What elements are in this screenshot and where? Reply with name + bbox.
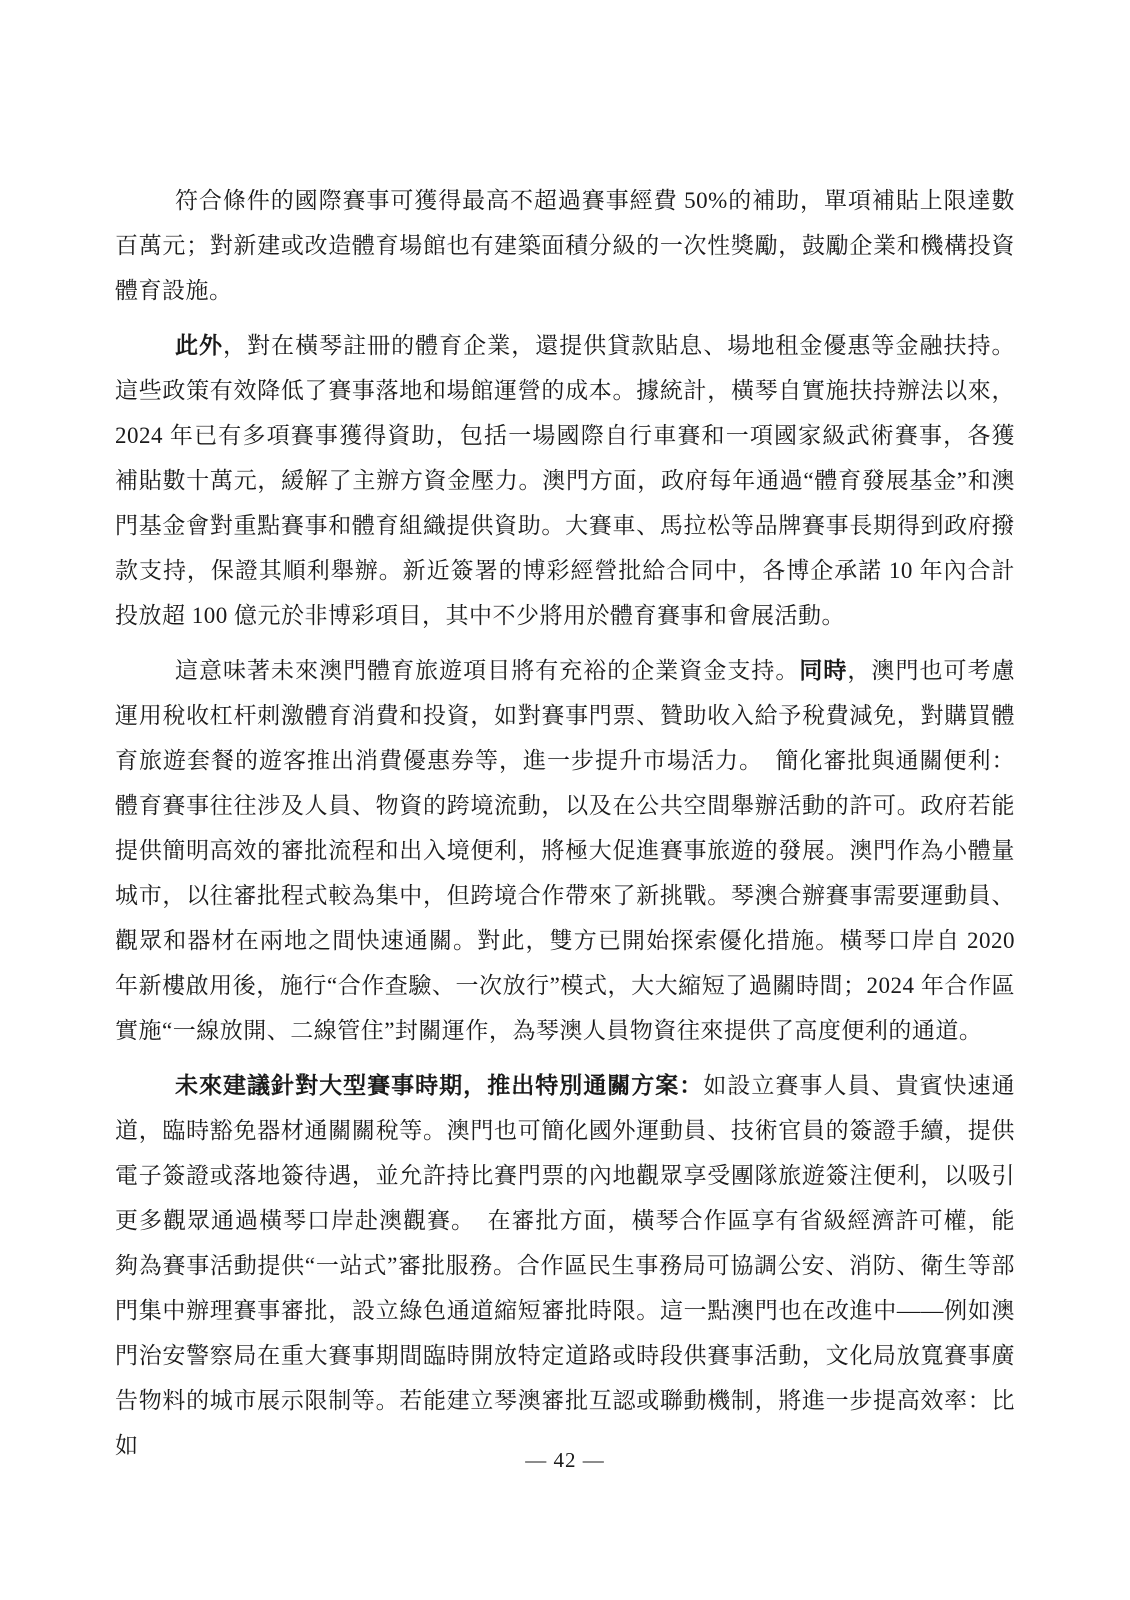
- paragraph-run: 這意味著未來澳門體育旅遊項目將有充裕的企業資金支持。: [175, 658, 799, 683]
- paragraph-run: ，對在橫琴註冊的體育企業，還提供貸款貼息、場地租金優惠等金融扶持。這些政策有效降…: [115, 333, 1015, 628]
- document-body: 符合條件的國際賽事可獲得最高不超過賽事經費 50%的補助，單項補貼上限達數百萬元…: [115, 178, 1015, 1468]
- paragraph: 此外，對在橫琴註冊的體育企業，還提供貸款貼息、場地租金優惠等金融扶持。這些政策有…: [115, 323, 1015, 638]
- paragraph-run-bold: 同時: [799, 658, 847, 683]
- paragraph-run-bold: 此外: [175, 333, 223, 358]
- paragraph-run: 符合條件的國際賽事可獲得最高不超過賽事經費 50%的補助，單項補貼上限達數百萬元…: [115, 188, 1015, 303]
- paragraph: 這意味著未來澳門體育旅遊項目將有充裕的企業資金支持。同時，澳門也可考慮運用稅收杠…: [115, 648, 1015, 1053]
- paragraph-run-bold: 未來建議針對大型賽事時期，推出特別通關方案：: [175, 1073, 703, 1098]
- document-page: 符合條件的國際賽事可獲得最高不超過賽事經費 50%的補助，單項補貼上限達數百萬元…: [0, 0, 1130, 1600]
- paragraph: 未來建議針對大型賽事時期，推出特別通關方案：如設立賽事人員、貴賓快速通道，臨時豁…: [115, 1063, 1015, 1468]
- paragraph: 符合條件的國際賽事可獲得最高不超過賽事經費 50%的補助，單項補貼上限達數百萬元…: [115, 178, 1015, 313]
- page-number: — 42 —: [0, 1448, 1130, 1473]
- paragraph-run: ，澳門也可考慮運用稅收杠杆刺激體育消費和投資，如對賽事門票、贊助收入給予稅費減免…: [115, 658, 1015, 1043]
- paragraph-run: 如設立賽事人員、貴賓快速通道，臨時豁免器材通關關稅等。澳門也可簡化國外運動員、技…: [115, 1073, 1015, 1458]
